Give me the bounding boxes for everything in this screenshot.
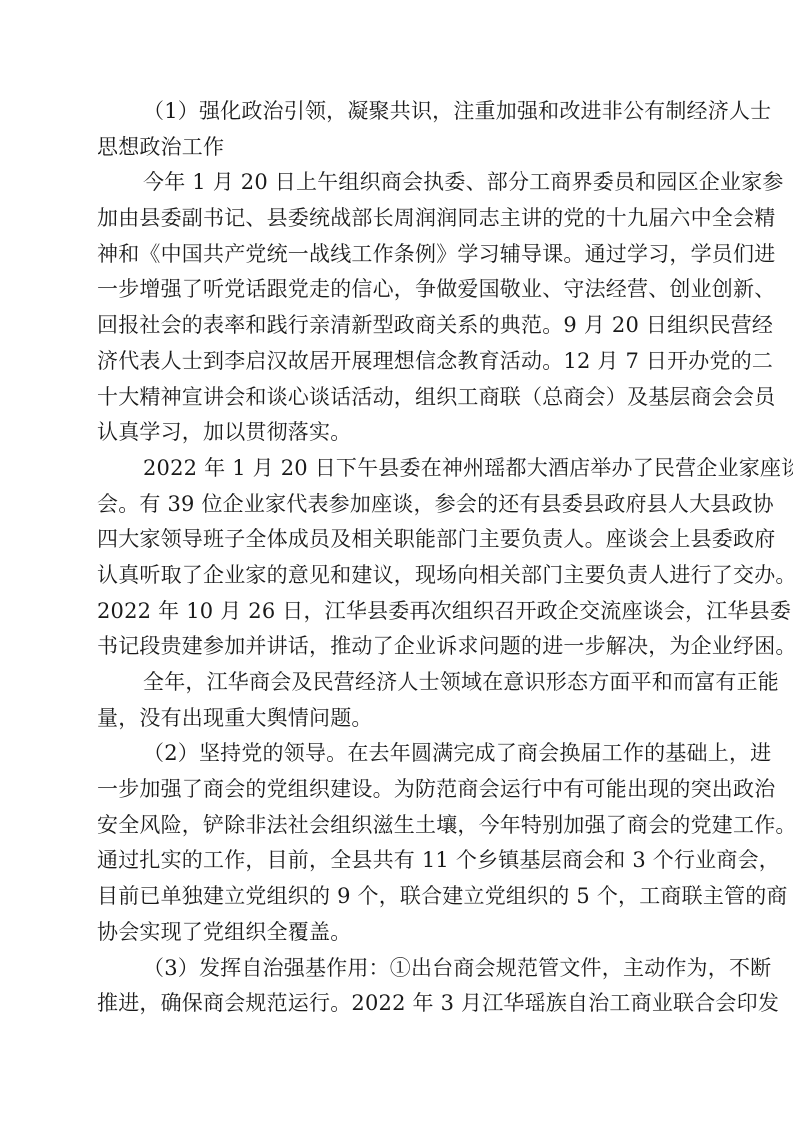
text-line: 回报社会的表率和践行亲清新型政商关系的典范。9 月 20 日组织民营经 — [97, 308, 697, 344]
text-line: 推进，确保商会规范运行。2022 年 3 月江华瑶族自治工商业联合会印发 — [97, 986, 697, 1022]
text-line: 一步增强了听党话跟党走的信心，争做爱国敬业、守法经营、创业创新、 — [97, 272, 697, 308]
text-line: 济代表人士到李启汉故居开展理想信念教育活动。12 月 7 日开办党的二 — [97, 344, 697, 380]
text-line: 全年，江华商会及民营经济人士领域在意识形态方面平和而富有正能 — [97, 665, 697, 701]
text-line: 一步加强了商会的党组织建设。为防范商会运行中有可能出现的突出政治 — [97, 772, 697, 808]
text-line: 认真学习，加以贯彻落实。 — [97, 415, 697, 451]
text-line: 思想政治工作 — [97, 130, 697, 166]
text-line: 神和《中国共产党统一战线工作条例》学习辅导课。通过学习，学员们进 — [97, 237, 697, 273]
paragraph: 全年，江华商会及民营经济人士领域在意识形态方面平和而富有正能 量，没有出现重大舆… — [97, 665, 697, 736]
paragraph-heading-2: （2）坚持党的领导。在去年圆满完成了商会换届工作的基础上，进 一步加强了商会的党… — [97, 736, 697, 950]
text-line: 2022 年 10 月 26 日，江华县委再次组织召开政企交流座谈会，江华县委 — [97, 594, 697, 630]
text-line: （1）强化政治引领，凝聚共识，注重加强和改进非公有制经济人士 — [97, 94, 697, 130]
text-line: 通过扎实的工作，目前，全县共有 11 个乡镇基层商会和 3 个行业商会， — [97, 843, 697, 879]
paragraph: 今年 1 月 20 日上午组织商会执委、部分工商界委员和园区企业家参 加由县委副… — [97, 165, 697, 451]
document-page: （1）强化政治引领，凝聚共识，注重加强和改进非公有制经济人士 思想政治工作 今年… — [97, 94, 697, 1022]
text-line: 会。有 39 位企业家代表参加座谈，参会的还有县委县政府县人大县政协 — [97, 487, 697, 523]
text-line: 认真听取了企业家的意见和建议，现场向相关部门主要负责人进行了交办。 — [97, 558, 697, 594]
text-line: （2）坚持党的领导。在去年圆满完成了商会换届工作的基础上，进 — [97, 736, 697, 772]
paragraph-heading-3: （3）发挥自治强基作用：①出台商会规范管文件，主动作为，不断 推进，确保商会规范… — [97, 951, 697, 1022]
text-line: 十大精神宣讲会和谈心谈话活动，组织工商联（总商会）及基层商会会员 — [97, 380, 697, 416]
text-line: 加由县委副书记、县委统战部长周润润同志主讲的党的十九届六中全会精 — [97, 201, 697, 237]
text-line: 书记段贵建参加并讲话，推动了企业诉求问题的进一步解决，为企业纾困。 — [97, 629, 697, 665]
paragraph: 2022 年 1 月 20 日下午县委在神州瑶都大酒店举办了民营企业家座谈 会。… — [97, 451, 697, 665]
text-line: 今年 1 月 20 日上午组织商会执委、部分工商界委员和园区企业家参 — [97, 165, 697, 201]
text-line: （3）发挥自治强基作用：①出台商会规范管文件，主动作为，不断 — [97, 951, 697, 987]
text-line: 量，没有出现重大舆情问题。 — [97, 701, 697, 737]
text-line: 安全风险，铲除非法社会组织滋生土壤，今年特别加强了商会的党建工作。 — [97, 808, 697, 844]
text-line: 协会实现了党组织全覆盖。 — [97, 915, 697, 951]
text-line: 四大家领导班子全体成员及相关职能部门主要负责人。座谈会上县委政府 — [97, 522, 697, 558]
text-line: 2022 年 1 月 20 日下午县委在神州瑶都大酒店举办了民营企业家座谈 — [97, 451, 697, 487]
paragraph-heading-1: （1）强化政治引领，凝聚共识，注重加强和改进非公有制经济人士 思想政治工作 — [97, 94, 697, 165]
text-line: 目前已单独建立党组织的 9 个，联合建立党组织的 5 个，工商联主管的商 — [97, 879, 697, 915]
